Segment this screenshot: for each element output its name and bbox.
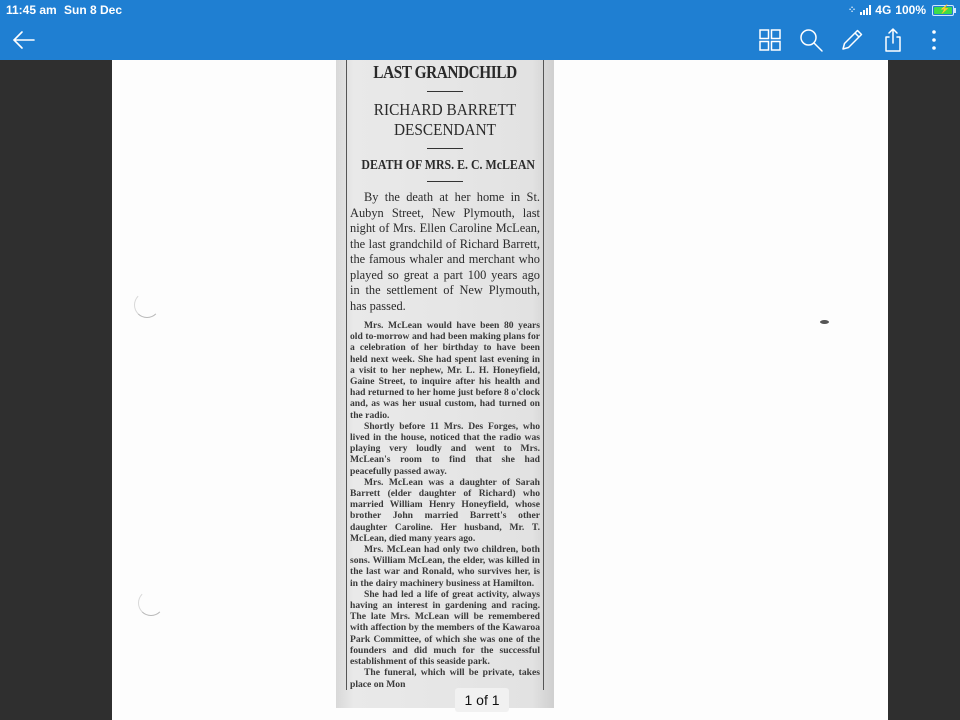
column-rule-right	[543, 60, 544, 690]
battery-percent: 100%	[895, 3, 926, 17]
article-paragraph: She had led a life of great activity, al…	[350, 589, 540, 667]
article-paragraph: The funeral, which will be private, take…	[350, 667, 540, 689]
headline-2-line2: DESCENDANT	[360, 120, 531, 140]
headline-1: LAST GRANDCHILD	[364, 62, 526, 83]
annotate-button[interactable]	[838, 26, 866, 54]
headline-2-line1: RICHARD BARRETT	[360, 100, 531, 120]
divider	[427, 181, 463, 182]
punch-hole-mark	[134, 292, 160, 318]
signal-icon	[860, 5, 871, 15]
status-time: 11:45 am	[6, 3, 57, 17]
thumbnails-button[interactable]	[756, 26, 784, 54]
back-button[interactable]	[10, 26, 38, 54]
lead-paragraph: By the death at her home in St. Aubyn St…	[350, 190, 540, 314]
search-icon	[797, 26, 825, 54]
column-rule-left	[346, 60, 347, 690]
newspaper-clipping: LAST GRANDCHILD RICHARD BARRETT DESCENDA…	[336, 60, 554, 708]
divider	[427, 148, 463, 149]
share-icon	[879, 26, 907, 54]
article-paragraph: Mrs. McLean was a daughter of Sarah Barr…	[350, 477, 540, 544]
network-label: 4G	[875, 3, 891, 17]
status-date: Sun 8 Dec	[64, 3, 122, 17]
share-button[interactable]	[879, 26, 907, 54]
toolbar	[0, 20, 960, 60]
back-arrow-icon	[10, 26, 38, 54]
search-button[interactable]	[797, 26, 825, 54]
scan-speck	[820, 320, 829, 324]
article-paragraph: Mrs. McLean had only two children, both …	[350, 544, 540, 589]
grid-icon	[756, 26, 784, 54]
article-body: Mrs. McLean would have been 80 years old…	[350, 320, 540, 690]
more-vertical-icon	[920, 26, 948, 54]
divider	[427, 91, 463, 92]
status-bar: 11:45 am Sun 8 Dec ⁘ 4G 100% ⚡	[0, 0, 960, 20]
more-button[interactable]	[920, 26, 948, 54]
status-right: ⁘ 4G 100% ⚡	[848, 3, 954, 17]
page-indicator: 1 of 1	[455, 688, 509, 712]
battery-icon: ⚡	[932, 5, 954, 16]
document-page[interactable]: LAST GRANDCHILD RICHARD BARRETT DESCENDA…	[112, 60, 888, 720]
pencil-icon	[838, 26, 866, 54]
article-paragraph: Mrs. McLean would have been 80 years old…	[350, 320, 540, 421]
article-paragraph: Shortly before 11 Mrs. Des Forges, who l…	[350, 421, 540, 477]
punch-hole-mark	[138, 590, 164, 616]
headline-3: DEATH OF MRS. E. C. McLEAN	[361, 157, 528, 173]
activity-icon: ⁘	[848, 5, 856, 16]
